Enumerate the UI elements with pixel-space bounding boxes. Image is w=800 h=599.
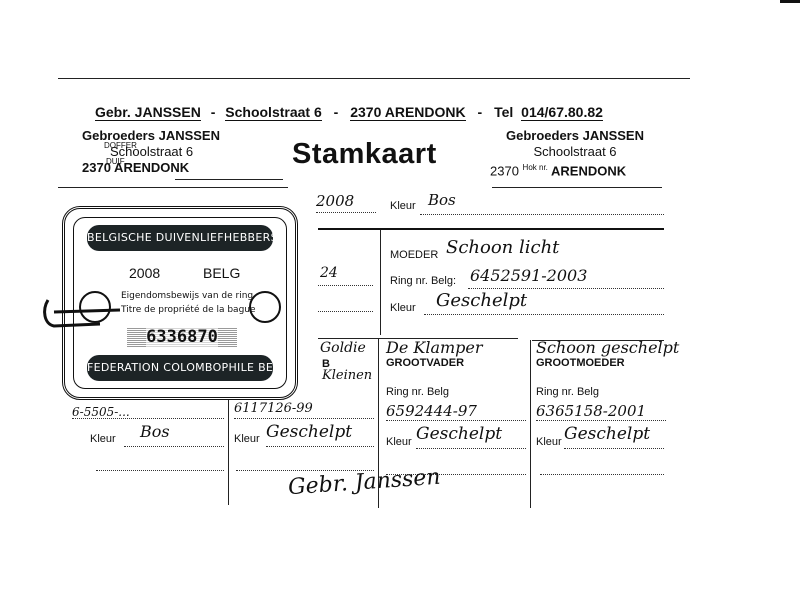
left-stamp-underline <box>175 179 283 180</box>
scan-mark <box>780 0 800 3</box>
certificate-top-banner: BELGISCHE DUIVENLIEFHEBBERSBOND <box>87 225 273 251</box>
dotted-line <box>72 418 224 419</box>
certificate-ring-number: 6336870 <box>146 327 218 347</box>
left-stamp-line3: 2370 ARENDONK <box>82 160 220 176</box>
dotted-line <box>266 446 374 447</box>
grandmother-label: GROOTMOEDER <box>536 357 625 369</box>
grandmother-ring-label: Ring nr. Belg <box>536 386 599 398</box>
letterhead-tel-label: Tel <box>494 104 513 120</box>
grandfather-kleur-label: Kleur <box>386 436 412 448</box>
grandmother-kleur: Geschelpt <box>564 424 650 444</box>
mother-ring-label: Ring nr. Belg: <box>390 275 456 287</box>
father-kleur-right: Geschelpt <box>266 422 352 442</box>
left-stamp-line2: Schoolstraat 6 <box>82 144 220 160</box>
grandfather-name: De Klamper <box>386 338 483 357</box>
mother-label: MOEDER <box>390 249 438 261</box>
right-stamp-overprint-hok: Hok nr. <box>523 163 548 172</box>
certificate-line-fr: Titre de propriété de la bague <box>121 305 256 315</box>
letterhead-tel: 014/67.80.82 <box>521 104 603 121</box>
bird-kleur-value: Bos <box>428 191 456 209</box>
top-rule <box>58 78 690 79</box>
bird-ring-partial: 24 <box>320 265 338 281</box>
letterhead-sep: - <box>211 104 216 120</box>
right-stamp-line1: Gebroeders JANSSEN <box>490 128 660 144</box>
section-rule <box>318 228 664 230</box>
dotted-line <box>468 288 664 289</box>
dotted-line <box>318 311 373 312</box>
left-stamp-overprint-duif: DUIF <box>106 154 125 170</box>
dotted-line <box>416 448 526 449</box>
divider <box>228 400 229 505</box>
certificate-bottom-banner: FEDERATION COLOMBOPHILE BELGE <box>87 355 273 381</box>
letterhead: Gebr. JANSSEN - Schoolstraat 6 - 2370 AR… <box>95 104 603 120</box>
dotted-line <box>540 474 664 475</box>
dotted-line <box>124 446 224 447</box>
grandfather-kleur: Geschelpt <box>416 424 502 444</box>
right-address-stamp: Gebroeders JANSSEN Schoolstraat 6 2370 H… <box>490 128 660 179</box>
right-stamp-postal: 2370 <box>490 163 519 178</box>
certificate-country: BELG <box>203 265 240 281</box>
letterhead-name: Gebr. JANSSEN <box>95 104 201 121</box>
grandmother-name: Schoon geschelpt <box>536 338 679 357</box>
mother-ring: 6452591-2003 <box>470 266 587 285</box>
letterhead-sep: - <box>334 104 339 120</box>
page-title: Stamkaart <box>292 138 437 171</box>
letterhead-sep: - <box>478 104 483 120</box>
father-name-partial: Goldie <box>320 340 366 356</box>
left-stamp-line1: Gebroeders JANSSEN <box>82 128 220 144</box>
dotted-line <box>564 448 664 449</box>
dotted-line <box>318 285 373 286</box>
dotted-line <box>316 212 376 213</box>
dotted-line <box>386 420 526 421</box>
pen-mark-icon <box>40 296 130 332</box>
divider <box>380 230 381 335</box>
grandmother-kleur-label: Kleur <box>536 436 562 448</box>
mother-kleur: Geschelpt <box>436 290 527 311</box>
certificate-year: 2008 <box>129 265 160 281</box>
left-address-stamp: Gebroeders JANSSEN DOFFER Schoolstraat 6… <box>82 128 220 176</box>
mother-kleur-label: Kleur <box>390 302 416 314</box>
father-kleur-right-label: Kleur <box>234 433 260 445</box>
dotted-line <box>536 420 666 421</box>
right-stamp-city: ARENDONK <box>551 163 626 178</box>
father-kleur-left-label: Kleur <box>90 433 116 445</box>
right-stamp-underline <box>492 187 662 188</box>
dotted-line <box>234 418 374 419</box>
header-rule-left <box>58 187 288 188</box>
bird-year: 2008 <box>316 192 354 210</box>
mother-name: Schoon licht <box>446 237 559 258</box>
divider <box>530 340 531 508</box>
father-kleur-left: Bos <box>140 422 170 441</box>
father-ring-right: 6117126-99 <box>234 401 313 416</box>
letterhead-street: Schoolstraat 6 <box>225 104 321 121</box>
dotted-line <box>420 214 664 215</box>
right-stamp-line2: Schoolstraat 6 <box>490 144 660 160</box>
father-ring-left: 6-5505-... <box>72 405 130 419</box>
grandfather-ring: 6592444-97 <box>386 402 477 420</box>
grandfather-label: GROOTVADER <box>386 357 464 369</box>
grandmother-ring: 6365158-2001 <box>536 402 646 420</box>
certificate-number-band: 6336870 <box>127 327 237 347</box>
certificate-line-nl: Eigendomsbewijs van de ring <box>121 291 253 301</box>
bird-kleur-label: Kleur <box>390 200 416 212</box>
grandfather-ring-label: Ring nr. Belg <box>386 386 449 398</box>
letterhead-city: 2370 ARENDONK <box>350 104 465 121</box>
dotted-line <box>424 314 664 315</box>
left-stamp-overprint-doffer: DOFFER <box>104 138 137 154</box>
dotted-line <box>96 470 224 471</box>
father-note: Kleinen <box>322 368 372 383</box>
